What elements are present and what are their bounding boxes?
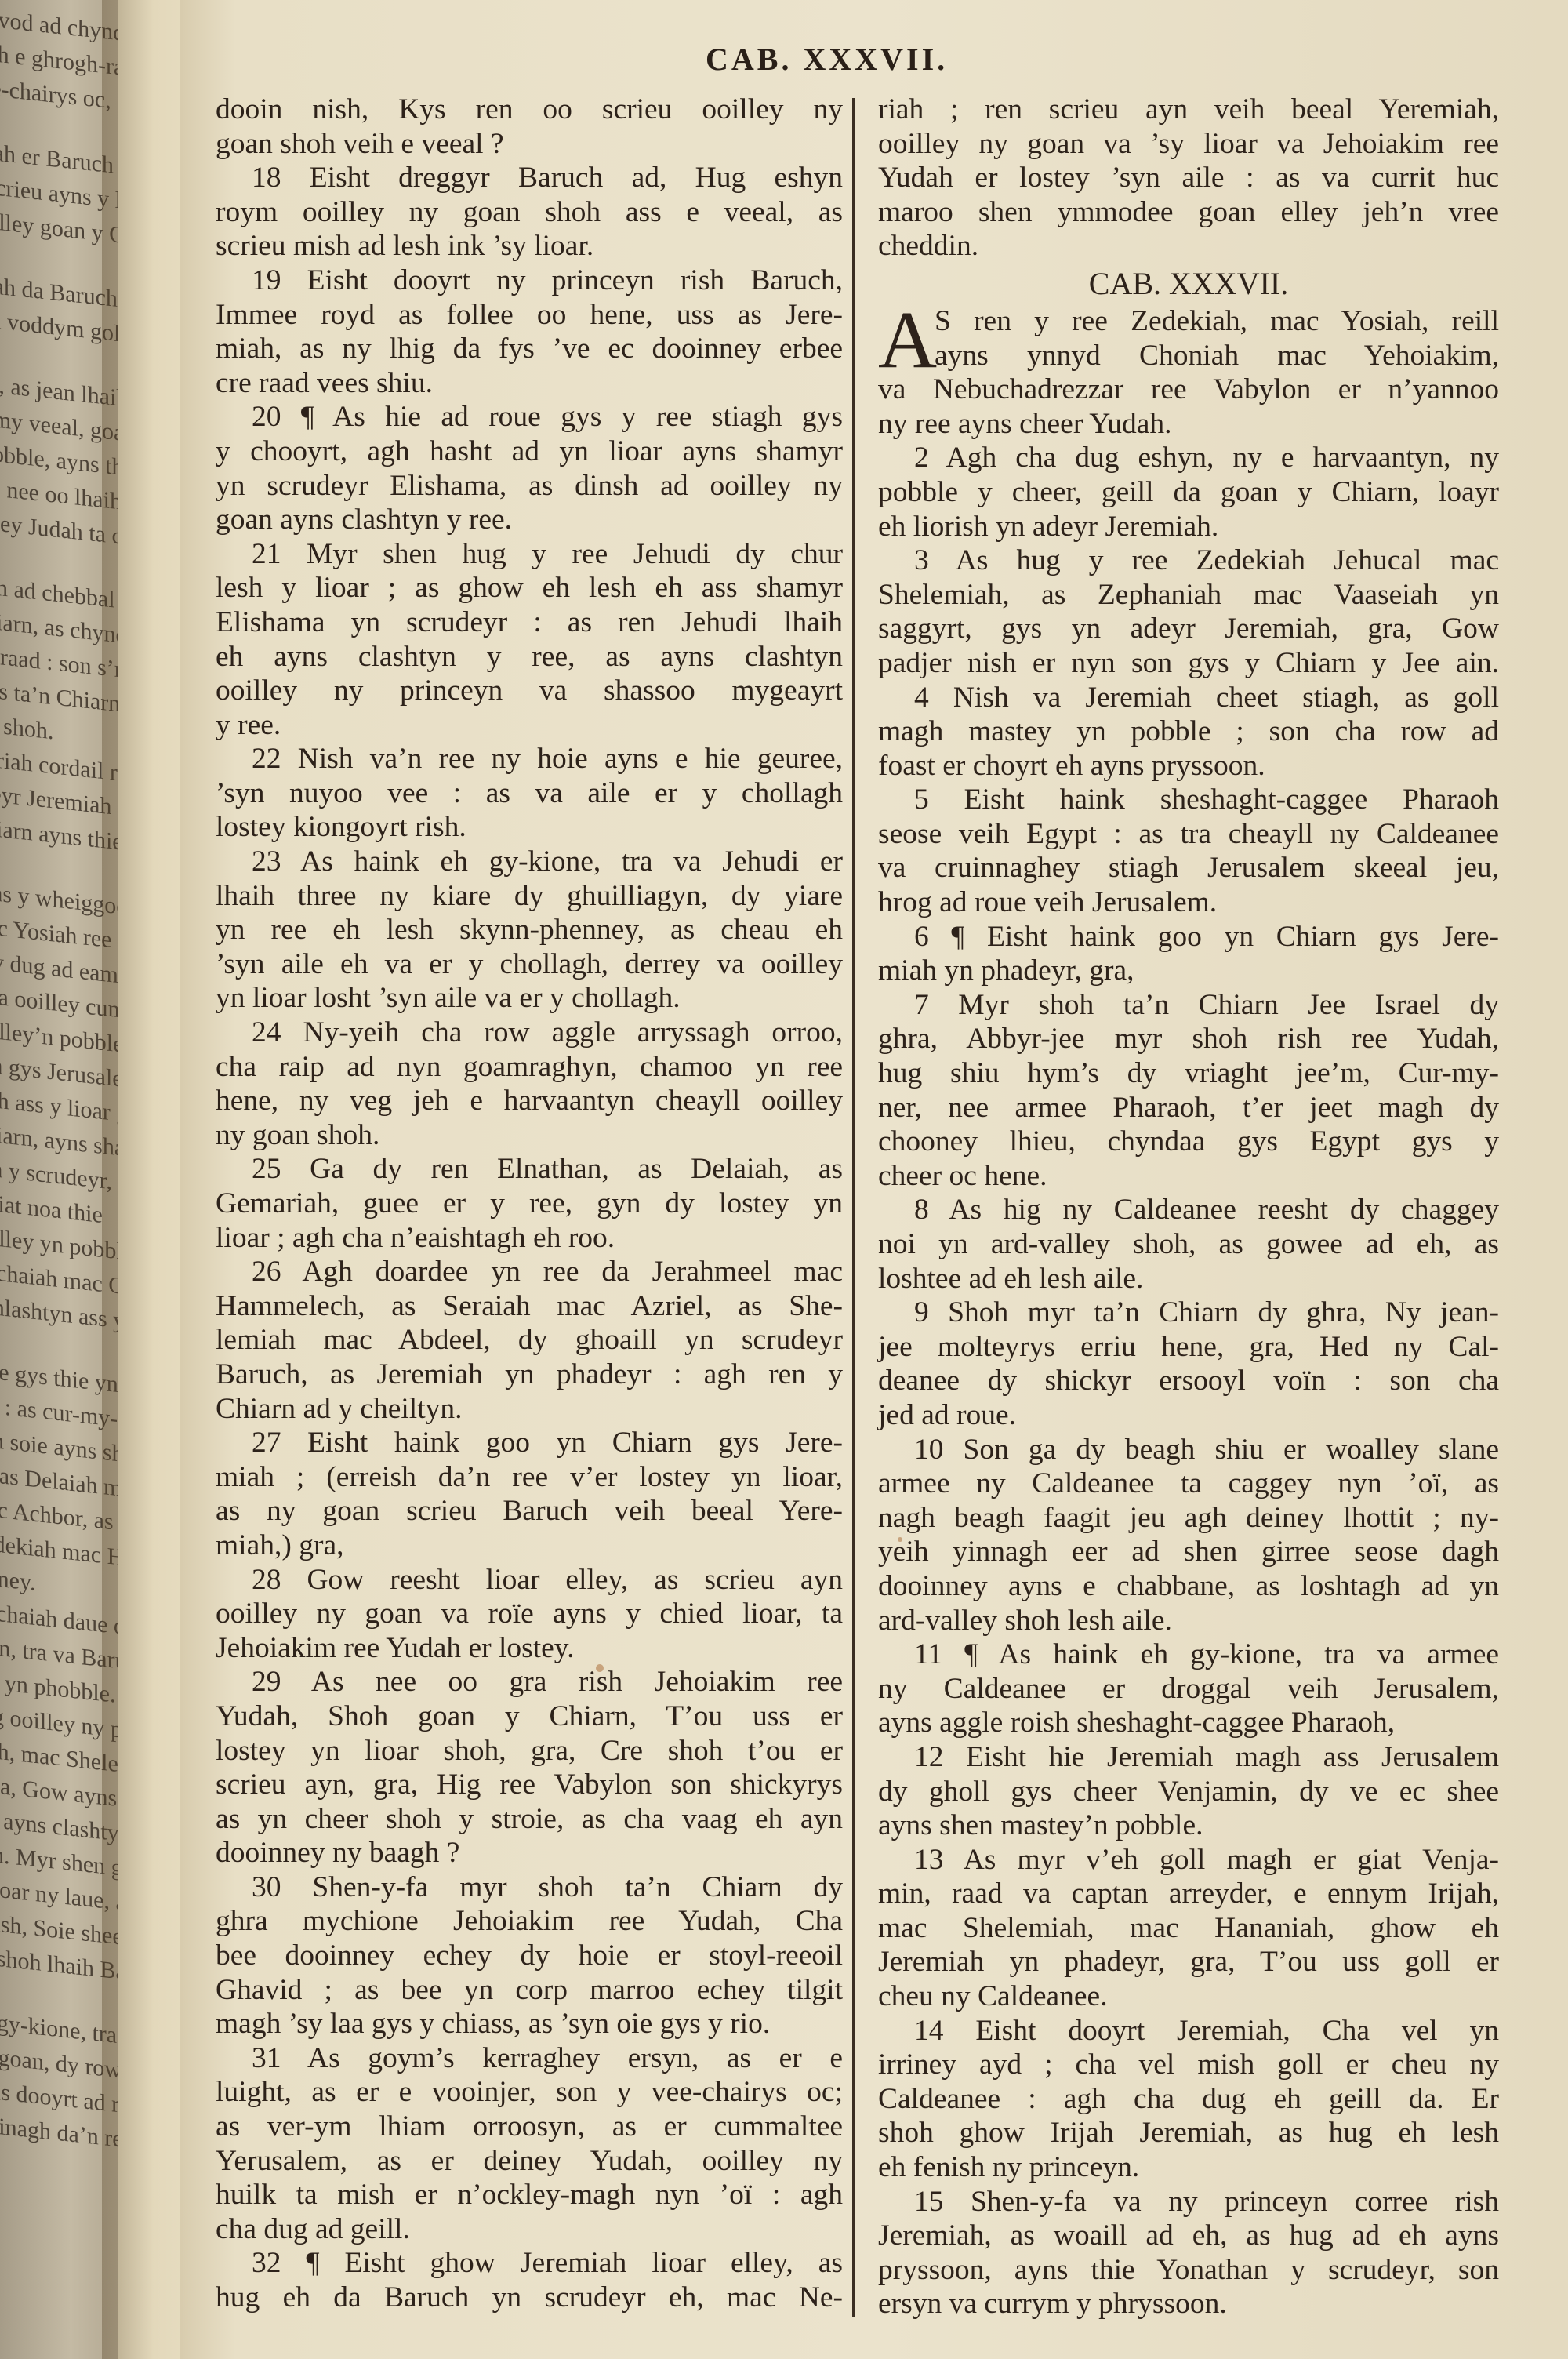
verse-start-line: 9 Shoh myr ta’n Chiarn dy ghra, Ny jean- bbox=[878, 1296, 1499, 1330]
text-line: Yudah, Shoh goan y Chiarn, T’ou uss er bbox=[216, 1699, 843, 1734]
text-line: cheer oc hene. bbox=[878, 1159, 1499, 1194]
drop-cap: A bbox=[878, 307, 937, 373]
text-line: S ren y ree Zedekiah, mac Yosiah, reill bbox=[878, 304, 1499, 339]
text-line: as yn cheer shoh y stroie, as cha vaag e… bbox=[216, 1802, 843, 1837]
text-line: ’syn aile eh va er y chollagh, derrey va… bbox=[216, 947, 843, 982]
text-line: ooilley ny goan va ’sy lioar va Jehoiaki… bbox=[878, 127, 1499, 162]
verse-start-line: 8 As hig ny Caldeanee reesht dy chaggey bbox=[878, 1193, 1499, 1227]
chapter-opening: A S ren y ree Zedekiah, mac Yosiah, reil… bbox=[878, 304, 1499, 373]
text-line: saggyrt, gys yn adeyr Jeremiah, gra, Gow bbox=[878, 612, 1499, 646]
verse-start-line: 30 Shen-y-fa myr shoh ta’n Chiarn dy bbox=[216, 1870, 843, 1905]
text-line: miah, as ny lhig da fys ’ve ec dooinney … bbox=[216, 332, 843, 366]
verse-start-line: 13 As myr v’eh goll magh er giat Venja- bbox=[878, 1843, 1499, 1877]
verse-start-line: 15 Shen-y-fa va ny princeyn corree rish bbox=[878, 2185, 1499, 2219]
verse-start-line: 31 As goym’s kerraghey ersyn, as er e bbox=[216, 2041, 843, 2076]
text-line: luight, as er e vooinjer, son y vee-chai… bbox=[216, 2075, 843, 2110]
text-line: dooinney ayns e chabbane, as loshtagh ad… bbox=[878, 1569, 1499, 1604]
text-line: dooin nish, Kys ren oo scrieu ooilley ny bbox=[216, 93, 843, 127]
text-line: ’syn nuyoo vee : as va aile er y chollag… bbox=[216, 776, 843, 811]
text-line: hug eh da Baruch yn scrudeyr eh, mac Ne- bbox=[216, 2281, 843, 2315]
text-line: cha dug ad geill. bbox=[216, 2212, 843, 2247]
text-line: roym ooilley ny goan shoh ass e veeal, a… bbox=[216, 195, 843, 230]
verse-start-line: 25 Ga dy ren Elnathan, as Delaiah, as bbox=[216, 1152, 843, 1187]
text-line: Elishama yn scrudeyr : as ren Jehudi lha… bbox=[216, 605, 843, 640]
text-line: yn lioar losht ’syn aile va er y chollag… bbox=[216, 981, 843, 1016]
text-line: ard-valley shoh lesh aile. bbox=[878, 1604, 1499, 1638]
text-line: hrog ad roue veih Jerusalem. bbox=[878, 885, 1499, 920]
verse-start-line: 14 Eisht dooyrt Jeremiah, Cha vel yn bbox=[878, 2014, 1499, 2048]
text-line: Hammelech, as Seraiah mac Azriel, as She… bbox=[216, 1289, 843, 1324]
text-line: nagh beagh faagit jeu agh deiney lhottit… bbox=[878, 1501, 1499, 1536]
text-line: ooilley ny princeyn va shassoo mygeayrt bbox=[216, 674, 843, 708]
text-line: noi yn ard-valley shoh, as gowee ad eh, … bbox=[878, 1227, 1499, 1262]
text-line: foast er choyrt eh ayns pryssoon. bbox=[878, 749, 1499, 783]
text-line: ghra, Abbyr-jee myr shoh rish ree Yudah, bbox=[878, 1022, 1499, 1056]
verse-start-line: 28 Gow reesht lioar elley, as scrieu ayn bbox=[216, 1563, 843, 1598]
verse-start-line: 18 Eisht dreggyr Baruch ad, Hug eshyn bbox=[216, 161, 843, 195]
text-line: goan shoh veih e veeal ? bbox=[216, 127, 843, 162]
verse-start-line: 12 Eisht hie Jeremiah magh ass Jerusalem bbox=[878, 1740, 1499, 1775]
text-line: va cruinnaghey stiagh Jerusalem skeeal j… bbox=[878, 851, 1499, 885]
text-line: lemiah mac Abdeel, dy ghoaill yn scrudey… bbox=[216, 1323, 843, 1358]
text-line: maroo shen ymmodee goan elley jeh’n vree bbox=[878, 195, 1499, 230]
paper-stain bbox=[898, 1537, 902, 1542]
text-line: ayns aggle roish sheshaght-caggee Pharao… bbox=[878, 1706, 1499, 1740]
text-line: Gemariah, guee er y ree, gyn dy lostey y… bbox=[216, 1187, 843, 1221]
text-line: scrieu mish ad lesh ink ’sy lioar. bbox=[216, 229, 843, 264]
text-line: huilk ta mish er n’ockley-magh nyn ’oï :… bbox=[216, 2178, 843, 2212]
text-line: miah ; (erreish da’n ree v’er lostey yn … bbox=[216, 1460, 843, 1495]
text-line: eh ayns clashtyn y ree, as ayns clashtyn bbox=[216, 640, 843, 674]
text-line: shoh ghow Irijah Jeremiah, as hug eh les… bbox=[878, 2116, 1499, 2150]
paper-stain bbox=[596, 1664, 604, 1672]
verse-start-line: 23 As haink eh gy-kione, tra va Jehudi e… bbox=[216, 845, 843, 879]
previous-page-text: dy vod ad chyndaaveih e ghrogh-raad,vee-… bbox=[0, 0, 118, 2149]
text-line: miah,) gra, bbox=[216, 1528, 843, 1563]
text-line: jee molteyrys erriu hene, gra, Hed ny Ca… bbox=[878, 1330, 1499, 1365]
text-line: bee dooinney echey dy hoie er stoyl-reeo… bbox=[216, 1939, 843, 1973]
text-line: scrieu ayn, gra, Hig ree Vabylon son shi… bbox=[216, 1768, 843, 1802]
text-line: Immee royd as follee oo hene, uss as Jer… bbox=[216, 298, 843, 333]
text-line: cheddin. bbox=[878, 229, 1499, 264]
verse-start-line: 10 Son ga dy beagh shiu er woalley slane bbox=[878, 1433, 1499, 1467]
text-line: lostey yn lioar shoh, gra, Cre shoh t’ou… bbox=[216, 1734, 843, 1768]
text-line: Jeremiah, as woaill ad eh, as hug ad eh … bbox=[878, 2219, 1499, 2253]
verse-start-line: 22 Nish va’n ree ny hoie ayns e hie geur… bbox=[216, 742, 843, 776]
text-line: lioar ; agh cha n’eaishtagh eh roo. bbox=[216, 1221, 843, 1256]
text-line: ayns shen mastey’n pobble. bbox=[878, 1808, 1499, 1843]
previous-page-edge: dy vod ad chyndaaveih e ghrogh-raad,vee-… bbox=[0, 0, 118, 2359]
text-line: Shelemiah, as Zephaniah mac Vaaseiah yn bbox=[878, 578, 1499, 612]
text-line: ayns ynnyd Choniah mac Yehoiakim, bbox=[878, 339, 1499, 373]
chapter-36-ending: riah ; ren scrieu ayn veih beeal Yeremia… bbox=[878, 93, 1499, 264]
text-line: magh ’sy laa gys y chiass, as ’syn oie g… bbox=[216, 2007, 843, 2041]
verse-start-line: 3 As hug y ree Zedekiah Jehucal mac bbox=[878, 543, 1499, 578]
right-column: riah ; ren scrieu ayn veih beeal Yeremia… bbox=[878, 93, 1499, 2321]
text-line: y chooyrt, agh hasht ad yn lioar ayns sh… bbox=[216, 434, 843, 469]
text-line: as ny goan scrieu Baruch veih beeal Yere… bbox=[216, 1494, 843, 1528]
text-line: eh fenish ny princeyn. bbox=[878, 2150, 1499, 2185]
text-line: va Nebuchadrezzar ree Vabylon er n’yanno… bbox=[878, 373, 1499, 407]
text-line: lesh y lioar ; as ghow eh lesh eh ass sh… bbox=[216, 571, 843, 605]
text-line: dy gholl gys cheer Venjamin, dy ve ec sh… bbox=[878, 1775, 1499, 1809]
text-line: pobble y cheer, geill da goan y Chiarn, … bbox=[878, 475, 1499, 510]
text-line: Jeremiah yn phadeyr, gra, T’ou uss goll … bbox=[878, 1945, 1499, 1979]
text-line: riah ; ren scrieu ayn veih beeal Yeremia… bbox=[878, 93, 1499, 127]
left-column: dooin nish, Kys ren oo scrieu ooilley ny… bbox=[216, 93, 843, 2315]
text-line: pryssoon, ayns thie Yonathan y scrudeyr,… bbox=[878, 2253, 1499, 2288]
text-line: ner, nee armee Pharaoh, t’er jeet magh d… bbox=[878, 1091, 1499, 1125]
text-line: ghra mychione Jehoiakim ree Yudah, Cha bbox=[216, 1904, 843, 1939]
text-line: dooinney ny baagh ? bbox=[216, 1836, 843, 1870]
text-line: eh liorish yn adeyr Jeremiah. bbox=[878, 510, 1499, 544]
chapter-37-verses: va Nebuchadrezzar ree Vabylon er n’yanno… bbox=[878, 373, 1499, 2321]
verse-start-line: 4 Nish va Jeremiah cheet stiagh, as goll bbox=[878, 681, 1499, 715]
verse-start-line: 26 Agh doardee yn ree da Jerahmeel mac bbox=[216, 1255, 843, 1289]
text-line: ersyn va currym y phryssoon. bbox=[878, 2287, 1499, 2321]
verse-start-line: 20 ¶ As hie ad roue gys y ree stiagh gys bbox=[216, 400, 843, 434]
verse-start-line: 27 Eisht haink goo yn Chiarn gys Jere- bbox=[216, 1426, 843, 1460]
chapter-heading: CAB. XXXVII. bbox=[878, 265, 1499, 303]
text-line: as ver-ym lhiam orroosyn, as er cummalte… bbox=[216, 2110, 843, 2144]
text-line: yn ree eh lesh skynn-phenney, as cheau e… bbox=[216, 913, 843, 947]
text-line: seose veih Egypt : as tra cheayll ny Cal… bbox=[878, 817, 1499, 852]
text-line: irriney ayd ; cha vel mish goll er cheu … bbox=[878, 2048, 1499, 2082]
text-line: hene, ny veg jeh e harvaantyn cheayll oo… bbox=[216, 1084, 843, 1118]
text-line: min, raad va captan arreyder, e ennym Ir… bbox=[878, 1877, 1499, 1911]
text-line: loshtee ad eh lesh aile. bbox=[878, 1262, 1499, 1296]
text-line: Ghavid ; as bee yn corp marroo echey til… bbox=[216, 1973, 843, 2008]
column-rule bbox=[852, 98, 855, 2317]
text-line: magh mastey yn pobble ; son cha row ad bbox=[878, 714, 1499, 749]
text-line: miah yn phadeyr, gra, bbox=[878, 954, 1499, 988]
text-line: ny goan shoh. bbox=[216, 1118, 843, 1153]
text-line: cre raad vees shiu. bbox=[216, 366, 843, 401]
text-line: lostey kiongoyrt rish. bbox=[216, 810, 843, 845]
text-line: ooilley ny goan va roïe ayns y chied lio… bbox=[216, 1597, 843, 1631]
running-head: CAB. XXXVII. bbox=[706, 41, 948, 78]
text-line: ny Caldeanee er droggal veih Jerusalem, bbox=[878, 1672, 1499, 1707]
verse-start-line: 7 Myr shoh ta’n Chiarn Jee Israel dy bbox=[878, 988, 1499, 1023]
verse-start-line: 29 As nee oo gra rish Jehoiakim ree bbox=[216, 1665, 843, 1699]
text-line: chooney lhieu, chyndaa gys Egypt gys y bbox=[878, 1125, 1499, 1159]
verse-start-line: 32 ¶ Eisht ghow Jeremiah lioar elley, as bbox=[216, 2246, 843, 2281]
text-line: jed ad roue. bbox=[878, 1398, 1499, 1433]
text-line: Yudah er lostey ’syn aile : as va currit… bbox=[878, 161, 1499, 195]
text-line: mac Shelemiah, mac Hananiah, ghow eh bbox=[878, 1911, 1499, 1946]
verse-start-line: 2 Agh cha dug eshyn, ny e harvaantyn, ny bbox=[878, 441, 1499, 475]
text-line: Jehoiakim ree Yudah er lostey. bbox=[216, 1631, 843, 1666]
verse-start-line: 24 Ny-yeih cha row aggle arryssagh orroo… bbox=[216, 1016, 843, 1050]
text-line: Baruch, as Jeremiah yn phadeyr : agh ren… bbox=[216, 1358, 843, 1392]
text-line: hug shiu hym’s dy vriaght jee’m, Cur-my- bbox=[878, 1056, 1499, 1091]
verse-start-line: 6 ¶ Eisht haink goo yn Chiarn gys Jere- bbox=[878, 920, 1499, 954]
verse-start-line: 21 Myr shen hug y ree Jehudi dy chur bbox=[216, 537, 843, 572]
text-line: goan ayns clashtyn y ree. bbox=[216, 503, 843, 537]
text-line: padjer nish er nyn son gys y Chiarn y Je… bbox=[878, 646, 1499, 681]
verse-start-line: 11 ¶ As haink eh gy-kione, tra va armee bbox=[878, 1637, 1499, 1672]
verse-start-line: 19 Eisht dooyrt ny princeyn rish Baruch, bbox=[216, 264, 843, 298]
text-line: cha raip ad nyn goamraghyn, chamoo yn re… bbox=[216, 1050, 843, 1085]
text-line: yn scrudeyr Elishama, as dinsh ad ooille… bbox=[216, 469, 843, 503]
text-line: Chiarn ad y cheiltyn. bbox=[216, 1392, 843, 1427]
gutter-shadow bbox=[102, 0, 188, 2359]
verse-start-line: 5 Eisht haink sheshaght-caggee Pharaoh bbox=[878, 783, 1499, 817]
text-line: yeih yinnagh eer ad shen girree seose da… bbox=[878, 1535, 1499, 1569]
text-line: lhaih three ny kiare dy ghuilliagyn, dy … bbox=[216, 879, 843, 914]
text-line: cheu ny Caldeanee. bbox=[878, 1979, 1499, 2014]
text-line: y ree. bbox=[216, 708, 843, 743]
text-line: ny ree ayns cheer Yudah. bbox=[878, 407, 1499, 442]
text-line: Yerusalem, as er deiney Yudah, ooilley n… bbox=[216, 2144, 843, 2179]
text-line: deanee dy shickyr ersooyl voïn : son cha bbox=[878, 1364, 1499, 1398]
text-line: Caldeanee : agh cha dug eh geill da. Er bbox=[878, 2082, 1499, 2117]
text-line: armee ny Caldeanee ta caggey nyn ’oï, as bbox=[878, 1467, 1499, 1501]
